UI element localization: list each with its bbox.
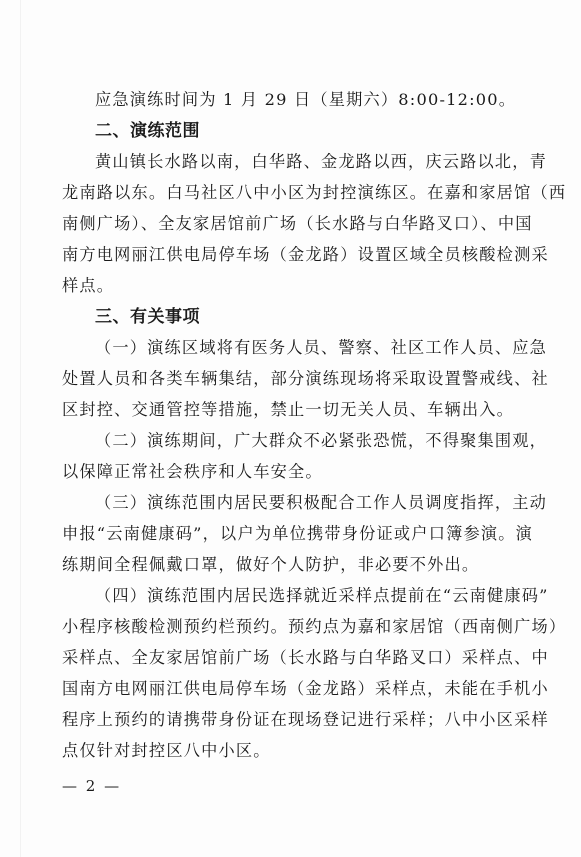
section-heading: 三、有关事项 bbox=[95, 307, 200, 327]
text-line: 以保障正常社会秩序和人车安全。 bbox=[62, 462, 323, 482]
text-line: 点仅针对封控区八中小区。 bbox=[62, 741, 271, 761]
text-line: 申报“云南健康码”，以户为单位携带身份证或户口簿参演。演 bbox=[62, 524, 533, 544]
text-line: （三）演练范围内居民要积极配合工作人员调度指挥，主动 bbox=[95, 493, 547, 513]
text-line: 南方电网丽江供电局停车场（金龙路）设置区域全员核酸检测采 bbox=[62, 245, 549, 265]
document-page: 应急演练时间为 1 月 29 日（星期六）8:00-12:00。二、演练范围黄山… bbox=[0, 0, 581, 857]
page-number: — 2 — bbox=[62, 777, 121, 795]
text-line: 黄山镇长水路以南，白华路、金龙路以西，庆云路以北，青 bbox=[95, 152, 547, 172]
text-line: （四）演练范围内居民选择就近采样点提前在“云南健康码” bbox=[95, 586, 549, 606]
section-heading: 二、演练范围 bbox=[95, 121, 200, 141]
text-line: 区封控、交通管控等措施，禁止一切无关人员、车辆出入。 bbox=[62, 400, 514, 420]
text-line: （二）演练期间，广大群众不必紧张恐慌，不得聚集围观， bbox=[95, 431, 547, 451]
text-line: 练期间全程佩戴口罩，做好个人防护，非必要不外出。 bbox=[62, 555, 479, 575]
text-line: 国南方电网丽江供电局停车场（金龙路）采样点，未能在手机小 bbox=[62, 679, 549, 699]
text-line: 应急演练时间为 1 月 29 日（星期六）8:00-12:00。 bbox=[95, 90, 516, 110]
text-line: 龙南路以东。白马社区八中小区为封控演练区。在嘉和家居馆（西 bbox=[62, 183, 566, 203]
text-line: 采样点、全友家居馆前广场（长水路与白华路叉口）采样点、中 bbox=[62, 648, 549, 668]
text-line: 南侧广场）、全友家居馆前广场（长水路与白华路叉口）、中国 bbox=[62, 214, 533, 234]
text-line: 程序上预约的请携带身份证在现场登记进行采样；八中小区采样 bbox=[62, 710, 549, 730]
text-line: 小程序核酸检测预约栏预约。预约点为嘉和家居馆（西南侧广场） bbox=[62, 617, 566, 637]
scan-margin-line bbox=[20, 0, 21, 857]
text-line: 样点。 bbox=[62, 276, 114, 296]
text-line: （一）演练区域将有医务人员、警察、社区工作人员、应急 bbox=[95, 338, 547, 358]
text-line: 处置人员和各类车辆集结，部分演练现场将采取设置警戒线、社 bbox=[62, 369, 549, 389]
